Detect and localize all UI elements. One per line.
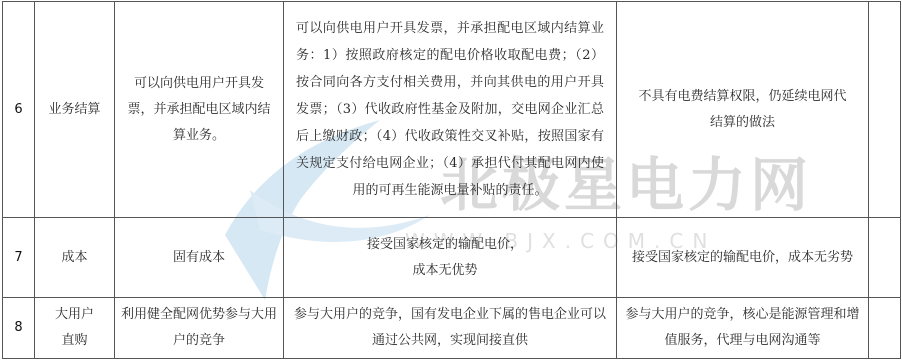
cell-col-c: 参与大用户的竞争，核心是能源管理和增值服务，代理与电网沟通等: [617, 298, 869, 359]
cell-col-b: 参与大用户的竞争，国有发电企业下属的售电企业可以通过公共网，实现间接直供: [284, 298, 617, 359]
cell-col-b: 接受国家核定的输配电价，成本无优势: [284, 218, 617, 298]
row-number: 7: [3, 218, 35, 298]
cell-col-a: 可以向供电用户开具发票，并承担配电区域内结算业务。: [115, 2, 284, 218]
row-item: 业务结算: [35, 2, 115, 218]
row-number: 6: [3, 2, 35, 218]
row-item: 大用户直购: [35, 298, 115, 359]
row-number: 8: [3, 298, 35, 359]
cell-col-d: [869, 298, 901, 359]
table-row: 6 业务结算 可以向供电用户开具发票，并承担配电区域内结算业务。 可以向供电用户…: [3, 2, 901, 218]
table-row: 8 大用户直购 利用健全配网优势参与大用户的竞争 参与大用户的竞争，国有发电企业…: [3, 298, 901, 359]
cell-col-c: 不具有电费结算权限，仍延续电网代结算的做法: [617, 2, 869, 218]
comparison-table: 6 业务结算 可以向供电用户开具发票，并承担配电区域内结算业务。 可以向供电用户…: [2, 1, 901, 359]
cell-col-d: [869, 2, 901, 218]
row-item: 成本: [35, 218, 115, 298]
cell-col-b: 可以向供电用户开具发票，并承担配电区域内结算业务：1）按照政府核定的配电价格收取…: [284, 2, 617, 218]
cell-col-a: 利用健全配网优势参与大用户的竞争: [115, 298, 284, 359]
table-row: 7 成本 固有成本 接受国家核定的输配电价，成本无优势 接受国家核定的输配电价，…: [3, 218, 901, 298]
cell-col-d: [869, 218, 901, 298]
cell-col-a: 固有成本: [115, 218, 284, 298]
cell-col-c: 接受国家核定的输配电价，成本无劣势: [617, 218, 869, 298]
